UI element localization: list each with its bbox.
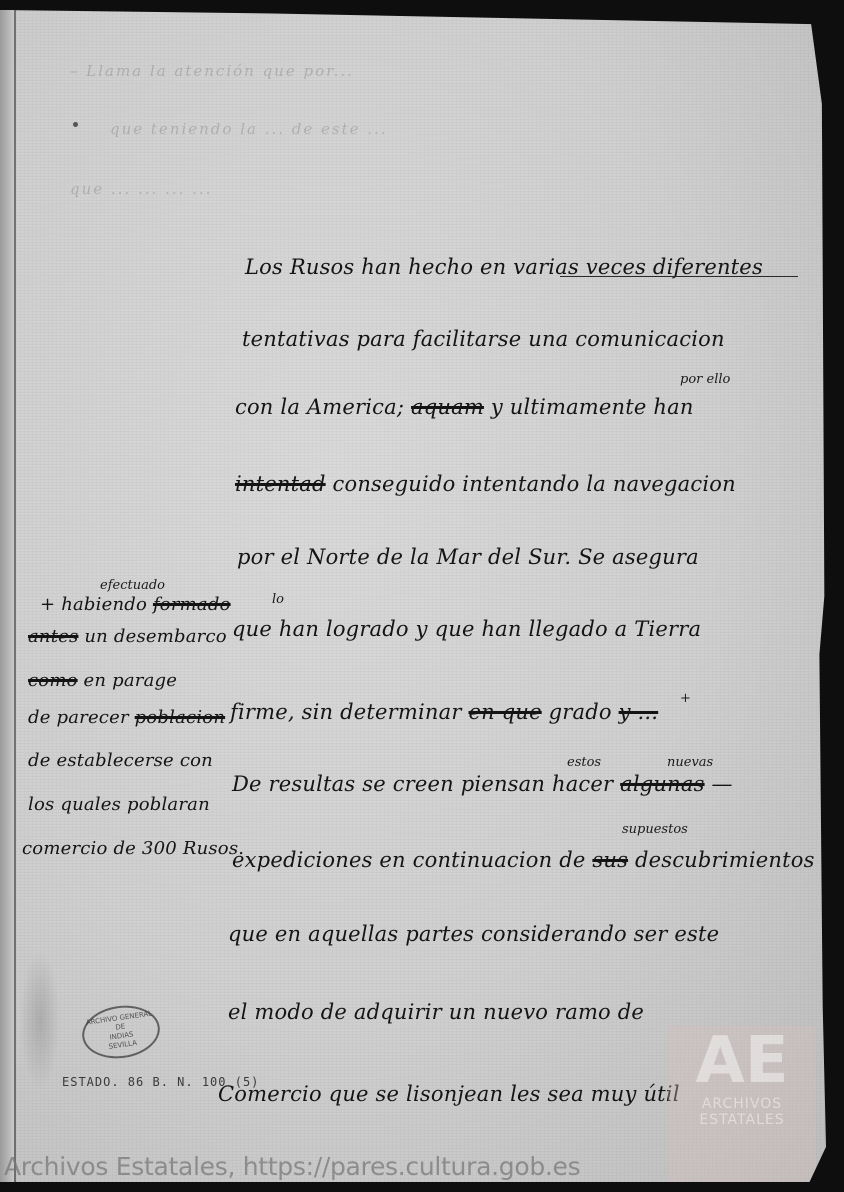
manuscript-line-5: por el Norte de la Mar del Sur. Se asegu… [237,545,699,569]
interlinear-insertion: estos [567,755,601,770]
manuscript-line-8: De resultas se creen piensan hacer algun… [232,772,733,796]
struck-text: algunas [620,772,704,796]
insertion-mark: + [680,691,691,706]
manuscript-line-3: con la America; aquam y ultimamente han [235,395,694,419]
manuscript-line-7: firme, sin determinar en que grado y ... [230,700,658,724]
line-text: conseguido intentando la navegacion [333,472,736,496]
manuscript-line-11: el modo de adquirir un nuevo ramo de [228,1000,644,1024]
margin-text: + habiendo [40,594,147,615]
line-text: De resultas se creen piensan hacer [232,772,613,796]
line-filler-rule [560,276,798,277]
interlinear-insertion: supuestos [622,822,688,837]
margin-note-2: antes un desembarco [28,626,227,647]
ink-dot [73,122,78,127]
archive-logo-watermark: AE ARCHIVOS ESTATALES [668,1026,816,1190]
struck-text: poblacion [135,707,225,728]
struck-text: como [28,670,78,691]
manuscript-line-9: expediciones en continuacion de sus desc… [232,848,815,872]
bleed-through-line: que teniendo la ... de este ... [110,120,388,138]
logo-text: ARCHIVOS [702,1096,782,1112]
margin-insertion: efectuado [100,578,165,593]
manuscript-page: – Llama la atención que por... que tenie… [0,10,826,1182]
interlinear-insertion: por ello [680,372,730,387]
line-text: expediciones en continuacion de [232,848,586,872]
struck-text: aquam [411,395,484,419]
manuscript-line-4: intentad conseguido intentando la navega… [235,472,736,496]
line-text: grado [549,700,612,724]
water-stain [20,950,60,1090]
margin-note-3: como en parage [28,670,177,691]
struck-text: y ... [619,700,659,724]
archive-stamp: ARCHIVO GENERAL DE INDIAS SEVILLA [79,1001,163,1063]
logo-text: ESTATALES [699,1112,784,1128]
interlinear-insertion: nuevas [667,755,713,770]
margin-note-4: de parecer poblacion [28,707,225,728]
margin-note-5: de establecerse con [28,750,213,771]
line-text: descubrimientos [635,848,815,872]
struck-text: sus [592,848,628,872]
page-fold-line [14,10,16,1182]
bleed-through-line: que ... ... ... ... [70,180,212,198]
page-fold-shadow [0,10,14,1182]
struck-text: intentad [235,472,326,496]
logo-letters: AE [695,1026,788,1096]
struck-text: formado [153,594,231,615]
manuscript-line-6: que han logrado y que han llegado a Tier… [232,617,701,641]
bleed-through-line: – Llama la atención que por... [70,62,354,80]
margin-text: un desembarco [84,626,226,647]
margin-text: en parage [84,670,178,691]
archive-signature: ESTADO. 86 B. N. 100 (5) [62,1075,259,1089]
struck-text: en que [469,700,542,724]
margin-note-6: los quales poblaran [28,794,210,815]
line-text: firme, sin determinar [230,700,462,724]
manuscript-line-10: que en aquellas partes considerando ser … [228,922,719,946]
margin-note-1: + habiendo formado [40,594,231,615]
interlinear-insertion: lo [272,592,284,607]
line-dash: — [711,772,732,796]
line-text: y ultimamente han [491,395,694,419]
manuscript-line-12: Comercio que se lisonjean les sea muy út… [218,1082,680,1106]
struck-text: antes [28,626,78,647]
line-text: con la America; [235,395,404,419]
footer-watermark: Archivos Estatales, https://pares.cultur… [4,1152,580,1181]
manuscript-line-2: tentativas para facilitarse una comunica… [242,327,725,351]
margin-note-7: comercio de 300 Rusos. [22,838,244,859]
margin-text: de parecer [28,707,129,728]
